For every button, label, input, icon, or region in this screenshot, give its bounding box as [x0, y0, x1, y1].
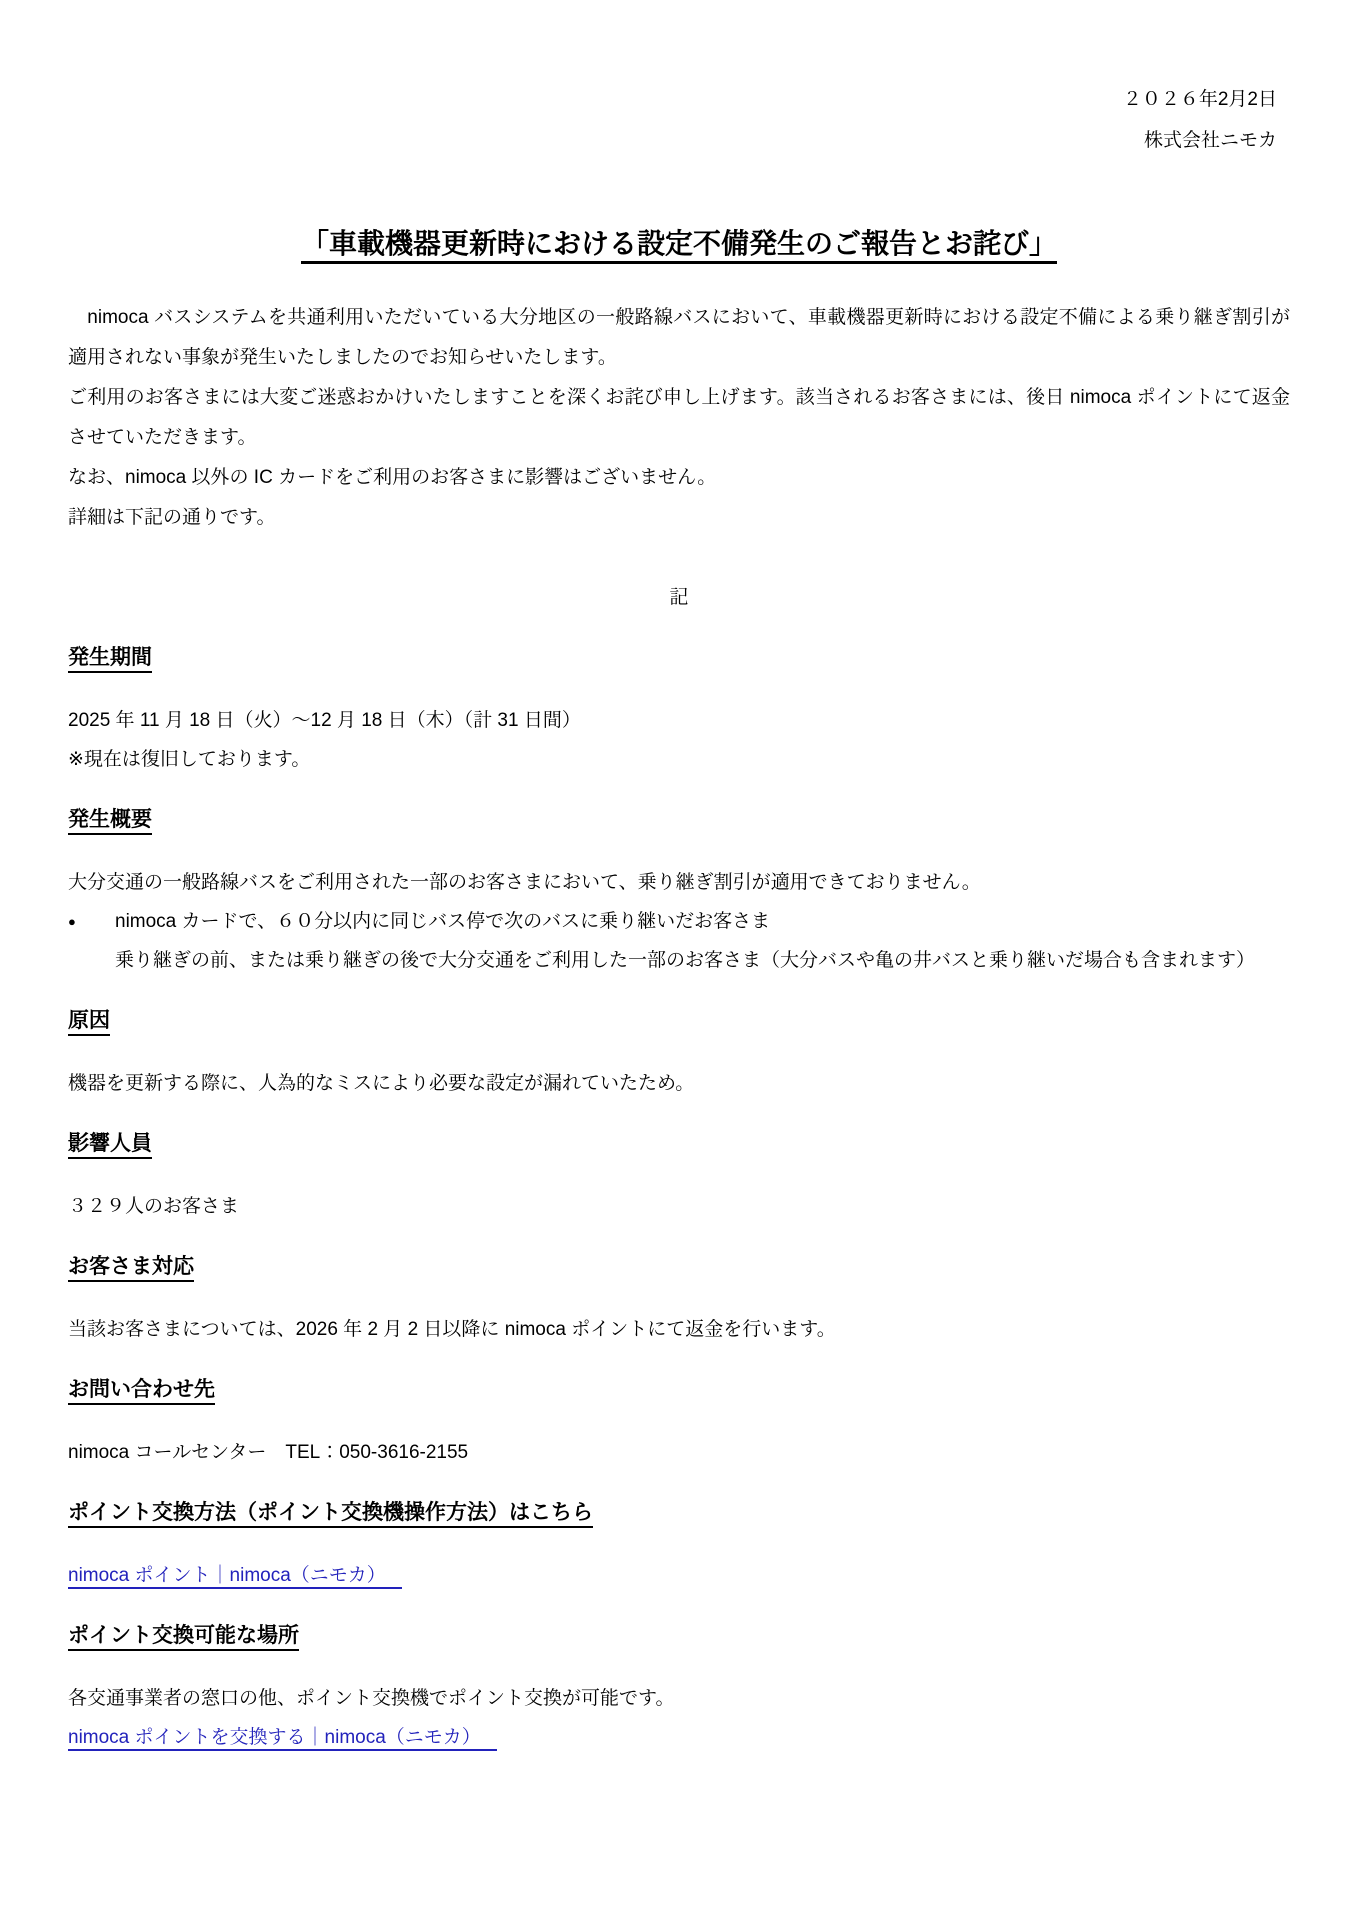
section-heading: ポイント交換可能な場所 — [68, 1619, 1290, 1653]
section-contact: お問い合わせ先 nimoca コールセンター TEL：050-3616-2155 — [68, 1373, 1290, 1472]
section-heading: 影響人員 — [68, 1127, 1290, 1161]
section-overview: 発生概要 大分交通の一般路線バスをご利用された一部のお客さまにおいて、乗り継ぎ割… — [68, 803, 1290, 980]
document-date: ２０２６年2月2日 — [68, 78, 1277, 122]
section-point-exchange-method: ポイント交換方法（ポイント交換機操作方法）はこちら nimoca ポイント｜ni… — [68, 1496, 1290, 1595]
document-title-text: 「車載機器更新時における設定不備発生のご報告とお詫び」 — [301, 228, 1057, 264]
intro-paragraph: なお、nimoca 以外の IC カードをご利用のお客さまに影響はございません。 — [68, 458, 1290, 498]
document-page: ２０２６年2月2日 株式会社ニモカ 「車載機器更新時における設定不備発生のご報告… — [0, 0, 1358, 1920]
nimoca-points-exchange-link[interactable]: nimoca ポイントを交換する｜nimoca（ニモカ） — [68, 1727, 497, 1751]
section-heading: お客さま対応 — [68, 1250, 1290, 1284]
section-heading: お問い合わせ先 — [68, 1373, 1290, 1407]
locations-line: 各交通事業者の窓口の他、ポイント交換機でポイント交換が可能です。 — [68, 1679, 1290, 1718]
overview-lead: 大分交通の一般路線バスをご利用された一部のお客さまにおいて、乗り継ぎ割引が適用で… — [68, 863, 1290, 902]
intro-paragraph: ご利用のお客さまには大変ご迷惑おかけいたしますことを深くお詫び申し上げます。該当… — [68, 378, 1290, 458]
response-line: 当該お客さまについては、2026 年 2 月 2 日以降に nimoca ポイン… — [68, 1310, 1290, 1349]
bullet-line: 乗り継ぎの前、または乗り継ぎの後で大分交通をご利用した一部のお客さま（大分バスや… — [115, 941, 1290, 980]
contact-phone-line: nimoca コールセンター TEL：050-3616-2155 — [68, 1433, 1290, 1472]
bullet-line: nimoca カードで、６０分以内に同じバス停で次のバスに乗り継いだお客さま — [115, 902, 1290, 941]
cause-line: 機器を更新する際に、人為的なミスにより必要な設定が漏れていたため。 — [68, 1064, 1290, 1103]
section-heading: 原因 — [68, 1004, 1290, 1038]
section-heading: ポイント交換方法（ポイント交換機操作方法）はこちら — [68, 1496, 1290, 1530]
bullet-item: ● nimoca カードで、６０分以内に同じバス停で次のバスに乗り継いだお客さま… — [68, 902, 1290, 980]
section-occurrence-period: 発生期間 2025 年 11 月 18 日（火）～12 月 18 日（木）（計 … — [68, 641, 1290, 779]
intro-paragraph: nimoca バスシステムを共通利用いただいている大分地区の一般路線バスにおいて… — [68, 298, 1290, 378]
section-cause: 原因 機器を更新する際に、人為的なミスにより必要な設定が漏れていたため。 — [68, 1004, 1290, 1103]
period-note: ※現在は復旧しております。 — [68, 740, 1290, 779]
document-title: 「車載機器更新時における設定不備発生のご報告とお詫び」 — [68, 224, 1290, 264]
section-affected-people: 影響人員 ３２９人のお客さま — [68, 1127, 1290, 1226]
period-line: 2025 年 11 月 18 日（火）～12 月 18 日（木）（計 31 日間… — [68, 701, 1290, 740]
intro-paragraphs: nimoca バスシステムを共通利用いただいている大分地区の一般路線バスにおいて… — [68, 298, 1290, 538]
section-heading: 発生期間 — [68, 641, 1290, 675]
section-point-exchange-locations: ポイント交換可能な場所 各交通事業者の窓口の他、ポイント交換機でポイント交換が可… — [68, 1619, 1290, 1757]
nimoca-points-link[interactable]: nimoca ポイント｜nimoca（ニモカ） — [68, 1565, 402, 1589]
ki-marker: 記 — [68, 578, 1290, 617]
company-name: 株式会社ニモカ — [68, 122, 1277, 160]
bullet-marker-icon: ● — [68, 902, 115, 941]
section-customer-response: お客さま対応 当該お客さまについては、2026 年 2 月 2 日以降に nim… — [68, 1250, 1290, 1349]
affected-count: ３２９人のお客さま — [68, 1187, 1290, 1226]
document-header: ２０２６年2月2日 株式会社ニモカ — [68, 78, 1290, 160]
section-heading: 発生概要 — [68, 803, 1290, 837]
intro-paragraph: 詳細は下記の通りです。 — [68, 498, 1290, 538]
